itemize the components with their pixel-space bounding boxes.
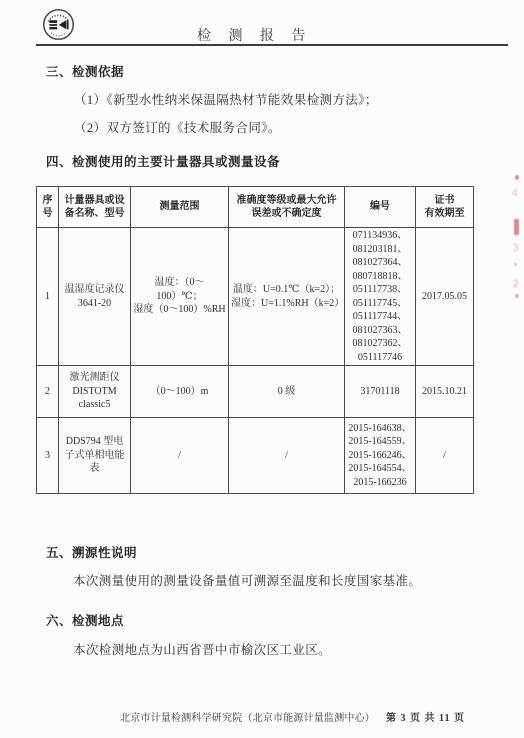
cell-accuracy: 0 级 bbox=[229, 366, 345, 418]
cell-cert: 2015.10.21 bbox=[416, 366, 474, 418]
col-header-no: 序 号 bbox=[37, 187, 59, 228]
table-header-row: 序 号 计量器具或设 备名称、型号 测量范围 准确度等级或最大允许 误差或不确定… bbox=[37, 187, 474, 228]
section-3-heading: 三、检测依据 bbox=[46, 62, 124, 80]
cell-cert: 2017.05.05 bbox=[416, 228, 474, 366]
report-page: 检 测 报 告 三、检测依据 （1）《新型水性纳米保温隔热材节能效果检测方法》；… bbox=[0, 0, 524, 738]
cell-serial: 2015-164638、 2015-164559、 2015-166246、 2… bbox=[345, 418, 416, 494]
footer-page-number: 第 3 页 共 11 页 bbox=[386, 709, 465, 724]
cell-cert: / bbox=[416, 418, 474, 494]
section-3-paragraph-2: （2）双方签订的《技术服务合同》。 bbox=[74, 118, 281, 136]
section-5-paragraph-1: 本次测量使用的测量设备量值可溯源至温度和长度国家基准。 bbox=[73, 571, 421, 589]
equipment-table: 序 号 计量器具或设 备名称、型号 测量范围 准确度等级或最大允许 误差或不确定… bbox=[36, 186, 474, 494]
section-6-heading: 六、检测地点 bbox=[46, 611, 124, 629]
section-4-heading: 四、检测使用的主要计量器具或测量设备 bbox=[46, 152, 280, 170]
footer-organization: 北京市计量检测科学研究院（北京市能源计量监测中心） bbox=[120, 709, 375, 724]
red-stamp-fragment: 2 bbox=[513, 279, 519, 290]
red-stamp-fragment: 4 bbox=[512, 188, 518, 199]
red-stamp-fragment bbox=[515, 294, 519, 298]
header-rule bbox=[36, 44, 508, 46]
report-title: 检 测 报 告 bbox=[197, 25, 313, 45]
col-header-name: 计量器具或设 备名称、型号 bbox=[59, 187, 131, 228]
col-header-range: 测量范围 bbox=[131, 187, 229, 228]
cell-no: 1 bbox=[37, 228, 59, 366]
cell-accuracy: 温度：U=0.1℃（k=2）； 湿度：U=1.1%RH（k=2） bbox=[229, 228, 345, 366]
institute-seal-logo bbox=[42, 8, 75, 41]
cell-serial: 31701118 bbox=[345, 366, 416, 418]
section-3-paragraph-1: （1）《新型水性纳米保温隔热材节能效果检测方法》； bbox=[74, 90, 378, 108]
table-row: 3 DDS794 型电 子式单相电能 表 / / 2015-164638、 20… bbox=[37, 418, 474, 494]
red-stamp-fragment bbox=[514, 219, 519, 235]
section-6-paragraph-1: 本次检测地点为山西省晋中市榆次区工业区。 bbox=[73, 640, 331, 658]
table-row: 2 激光测距仪 DISTOTM classic5 （0～100）m 0 级 31… bbox=[37, 366, 474, 418]
cell-accuracy: / bbox=[229, 418, 345, 494]
cell-serial: 071134936、 081203181、 081027364、 0807188… bbox=[345, 228, 416, 366]
section-5-heading: 五、溯源性说明 bbox=[46, 543, 137, 561]
cell-range: （0～100）m bbox=[131, 366, 229, 418]
red-stamp-fragment bbox=[515, 175, 519, 180]
col-header-serial: 编号 bbox=[345, 187, 416, 228]
cell-name: DDS794 型电 子式单相电能 表 bbox=[59, 418, 131, 494]
cell-no: 2 bbox=[37, 366, 59, 418]
col-header-accuracy: 准确度等级或最大允许 误差或不确定度 bbox=[229, 187, 345, 228]
col-header-cert: 证书 有效期至 bbox=[416, 187, 474, 228]
red-stamp-fragment: 3 bbox=[513, 243, 519, 254]
cell-name: 温湿度记录仪 3641-20 bbox=[59, 228, 131, 366]
cell-no: 3 bbox=[37, 418, 59, 494]
cell-range: 温度：（0～100）℃； 湿度（0～100）%RH bbox=[131, 228, 229, 366]
cell-name: 激光测距仪 DISTOTM classic5 bbox=[59, 366, 131, 418]
table-row: 1 温湿度记录仪 3641-20 温度：（0～100）℃； 湿度（0～100）%… bbox=[37, 228, 474, 366]
red-stamp-fragment bbox=[514, 263, 517, 266]
cell-range: / bbox=[131, 418, 229, 494]
